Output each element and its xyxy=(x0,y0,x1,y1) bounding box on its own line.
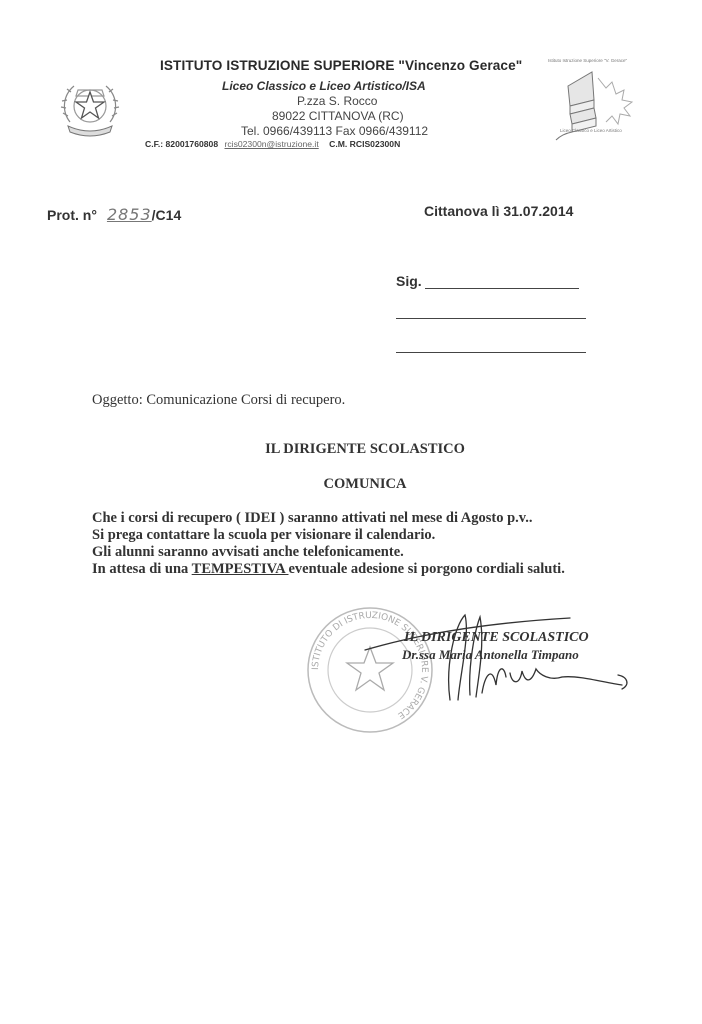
institute-subtitle: Liceo Classico e Liceo Artistico/ISA xyxy=(222,79,426,93)
institute-name: ISTITUTO ISTRUZIONE SUPERIORE "Vincenzo … xyxy=(160,58,522,73)
protocol-handwritten-number: 2853 xyxy=(107,205,152,224)
recipient-line xyxy=(396,352,586,353)
place-date: Cittanova lì 31.07.2014 xyxy=(424,203,573,219)
recipient-line xyxy=(425,288,579,289)
email-link[interactable]: rcis02300n@istruzione.it xyxy=(225,139,319,149)
body-text: Che i corsi di recupero ( IDEI ) saranno… xyxy=(92,510,565,578)
address-line: P.zza S. Rocco xyxy=(297,94,377,108)
recipient-line xyxy=(396,318,586,319)
emphasis-tempestiva: TEMPESTIVA xyxy=(192,561,289,577)
recipient-label: Sig. xyxy=(396,273,422,289)
italian-republic-emblem-icon xyxy=(58,78,122,140)
protocol-number: Prot. n°2853/C14 xyxy=(47,205,181,224)
handwritten-signature-icon xyxy=(300,605,640,715)
subject-line: Oggetto: Comunicazione Corsi di recupero… xyxy=(92,392,345,409)
fiscal-code: C.F.: 82001760808 xyxy=(145,139,218,149)
body-line: Si prega contattare la scuola per vision… xyxy=(92,527,565,544)
body-line: In attesa di una TEMPESTIVA eventuale ad… xyxy=(92,561,565,578)
body-text-segment: In attesa di una xyxy=(92,561,192,577)
protocol-label: Prot. n° xyxy=(47,207,97,223)
protocol-suffix: /C14 xyxy=(152,207,182,223)
body-line: Che i corsi di recupero ( IDEI ) saranno… xyxy=(92,510,565,527)
heading-comunica: COMUNICA xyxy=(0,476,702,493)
body-text-segment: eventuale adesione si porgono cordiali s… xyxy=(289,561,565,577)
fiscal-row: C.F.: 82001760808 rcis02300n@istruzione.… xyxy=(145,139,400,149)
body-line: Gli alunni saranno avvisati anche telefo… xyxy=(92,544,565,561)
logo-caption-bottom: Liceo Classico e Liceo Artistico xyxy=(560,128,622,133)
heading-dirigente: IL DIRIGENTE SCOLASTICO xyxy=(0,441,702,458)
address-line: 89022 CITTANOVA (RC) xyxy=(272,109,404,123)
phone-fax-line: Tel. 0966/439113 Fax 0966/439112 xyxy=(241,124,428,138)
mechanographic-code: C.M. RCIS02300N xyxy=(329,139,400,149)
